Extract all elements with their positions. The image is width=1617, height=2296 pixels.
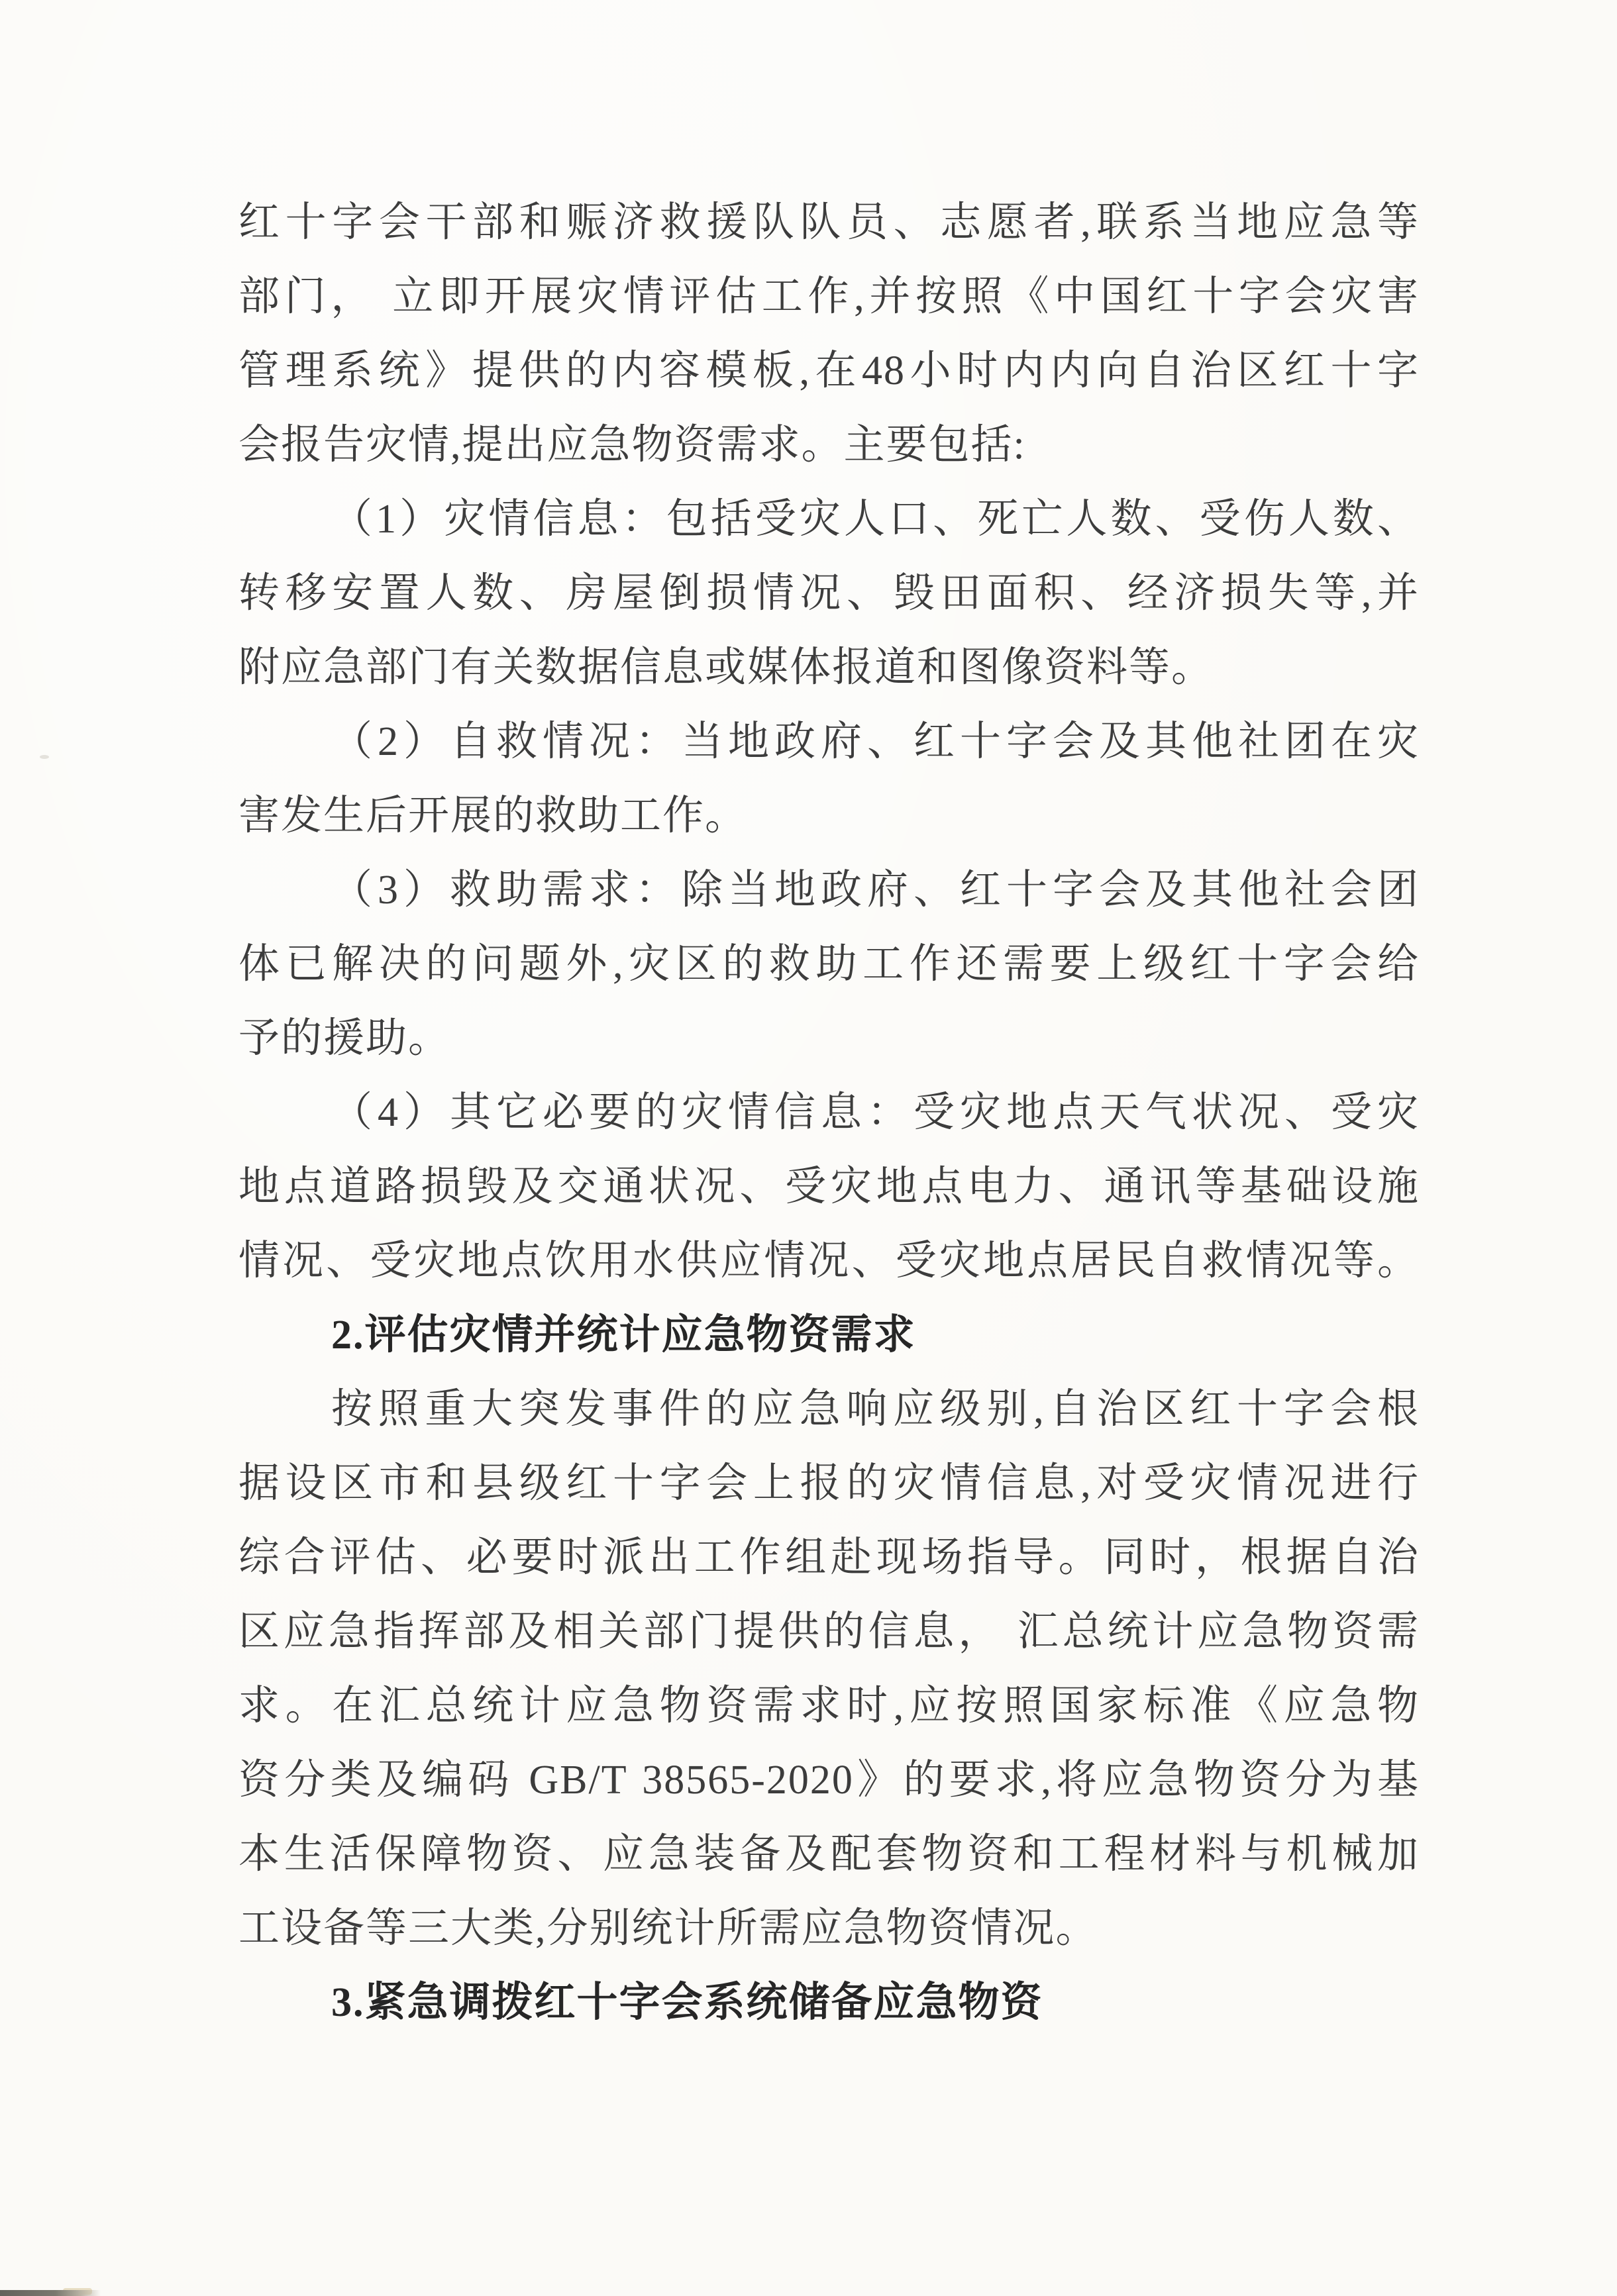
text-line: 红十字会干部和赈济救援队队员、志愿者,联系当地应急等 (238, 185, 1420, 260)
text-line: 部门， 立即开展灾情评估工作,并按照《中国红十字会灾害 (238, 260, 1420, 334)
text-line: 情况、受灾地点饮用水供应情况、受灾地点居民自救情况等。 (238, 1224, 1420, 1298)
text-line: 资分类及编码 GB/T 38565-2020》的要求,将应急物资分为基 (238, 1743, 1420, 1817)
text-line: 区应急指挥部及相关部门提供的信息， 汇总统计应急物资需 (238, 1595, 1420, 1669)
text-line: 管理系统》提供的内容模板,在48小时内内向自治区红十字 (238, 334, 1420, 408)
text-line: 本生活保障物资、应急装备及配套物资和工程材料与机械加 (238, 1817, 1420, 1891)
text-line: 求。在汇总统计应急物资需求时,应按照国家标准《应急物 (238, 1669, 1420, 1743)
document-page: 红十字会干部和赈济救援队队员、志愿者,联系当地应急等 部门， 立即开展灾情评估工… (0, 0, 1617, 2296)
text-line-item-3: （3）救助需求：除当地政府、红十字会及其他社会团 (238, 853, 1420, 927)
text-line-item-4: （4）其它必要的灾情信息：受灾地点天气状况、受灾 (238, 1075, 1420, 1150)
text-line: 按照重大突发事件的应急响应级别,自治区红十字会根 (238, 1372, 1420, 1446)
text-line: 会报告灾情,提出应急物资需求。主要包括: (238, 408, 1420, 482)
section-heading-3: 3.紧急调拨红十字会系统储备应急物资 (238, 1966, 1420, 2040)
section-heading-2: 2.评估灾情并统计应急物资需求 (238, 1298, 1420, 1372)
scanner-edge-artifact (0, 2290, 101, 2296)
text-line: 害发生后开展的救助工作。 (238, 779, 1420, 853)
text-block: 红十字会干部和赈济救援队队员、志愿者,联系当地应急等 部门， 立即开展灾情评估工… (238, 185, 1420, 2040)
text-line: 工设备等三大类,分别统计所需应急物资情况。 (238, 1891, 1420, 1966)
text-line: 体已解决的问题外,灾区的救助工作还需要上级红十字会给 (238, 927, 1420, 1001)
text-line: 附应急部门有关数据信息或媒体报道和图像资料等。 (238, 630, 1420, 705)
text-line: 综合评估、必要时派出工作组赴现场指导。同时，根据自治 (238, 1521, 1420, 1595)
scan-speck-artifact (40, 755, 49, 759)
text-line-item-1: （1）灾情信息：包括受灾人口、死亡人数、受伤人数、 (238, 482, 1420, 556)
text-line-item-2: （2）自救情况：当地政府、红十字会及其他社团在灾 (238, 705, 1420, 779)
text-line: 地点道路损毁及交通状况、受灾地点电力、通讯等基础设施 (238, 1150, 1420, 1224)
text-line: 据设区市和县级红十字会上报的灾情信息,对受灾情况进行 (238, 1446, 1420, 1521)
text-line: 转移安置人数、房屋倒损情况、毁田面积、经济损失等,并 (238, 556, 1420, 630)
text-line: 予的援助。 (238, 1001, 1420, 1075)
